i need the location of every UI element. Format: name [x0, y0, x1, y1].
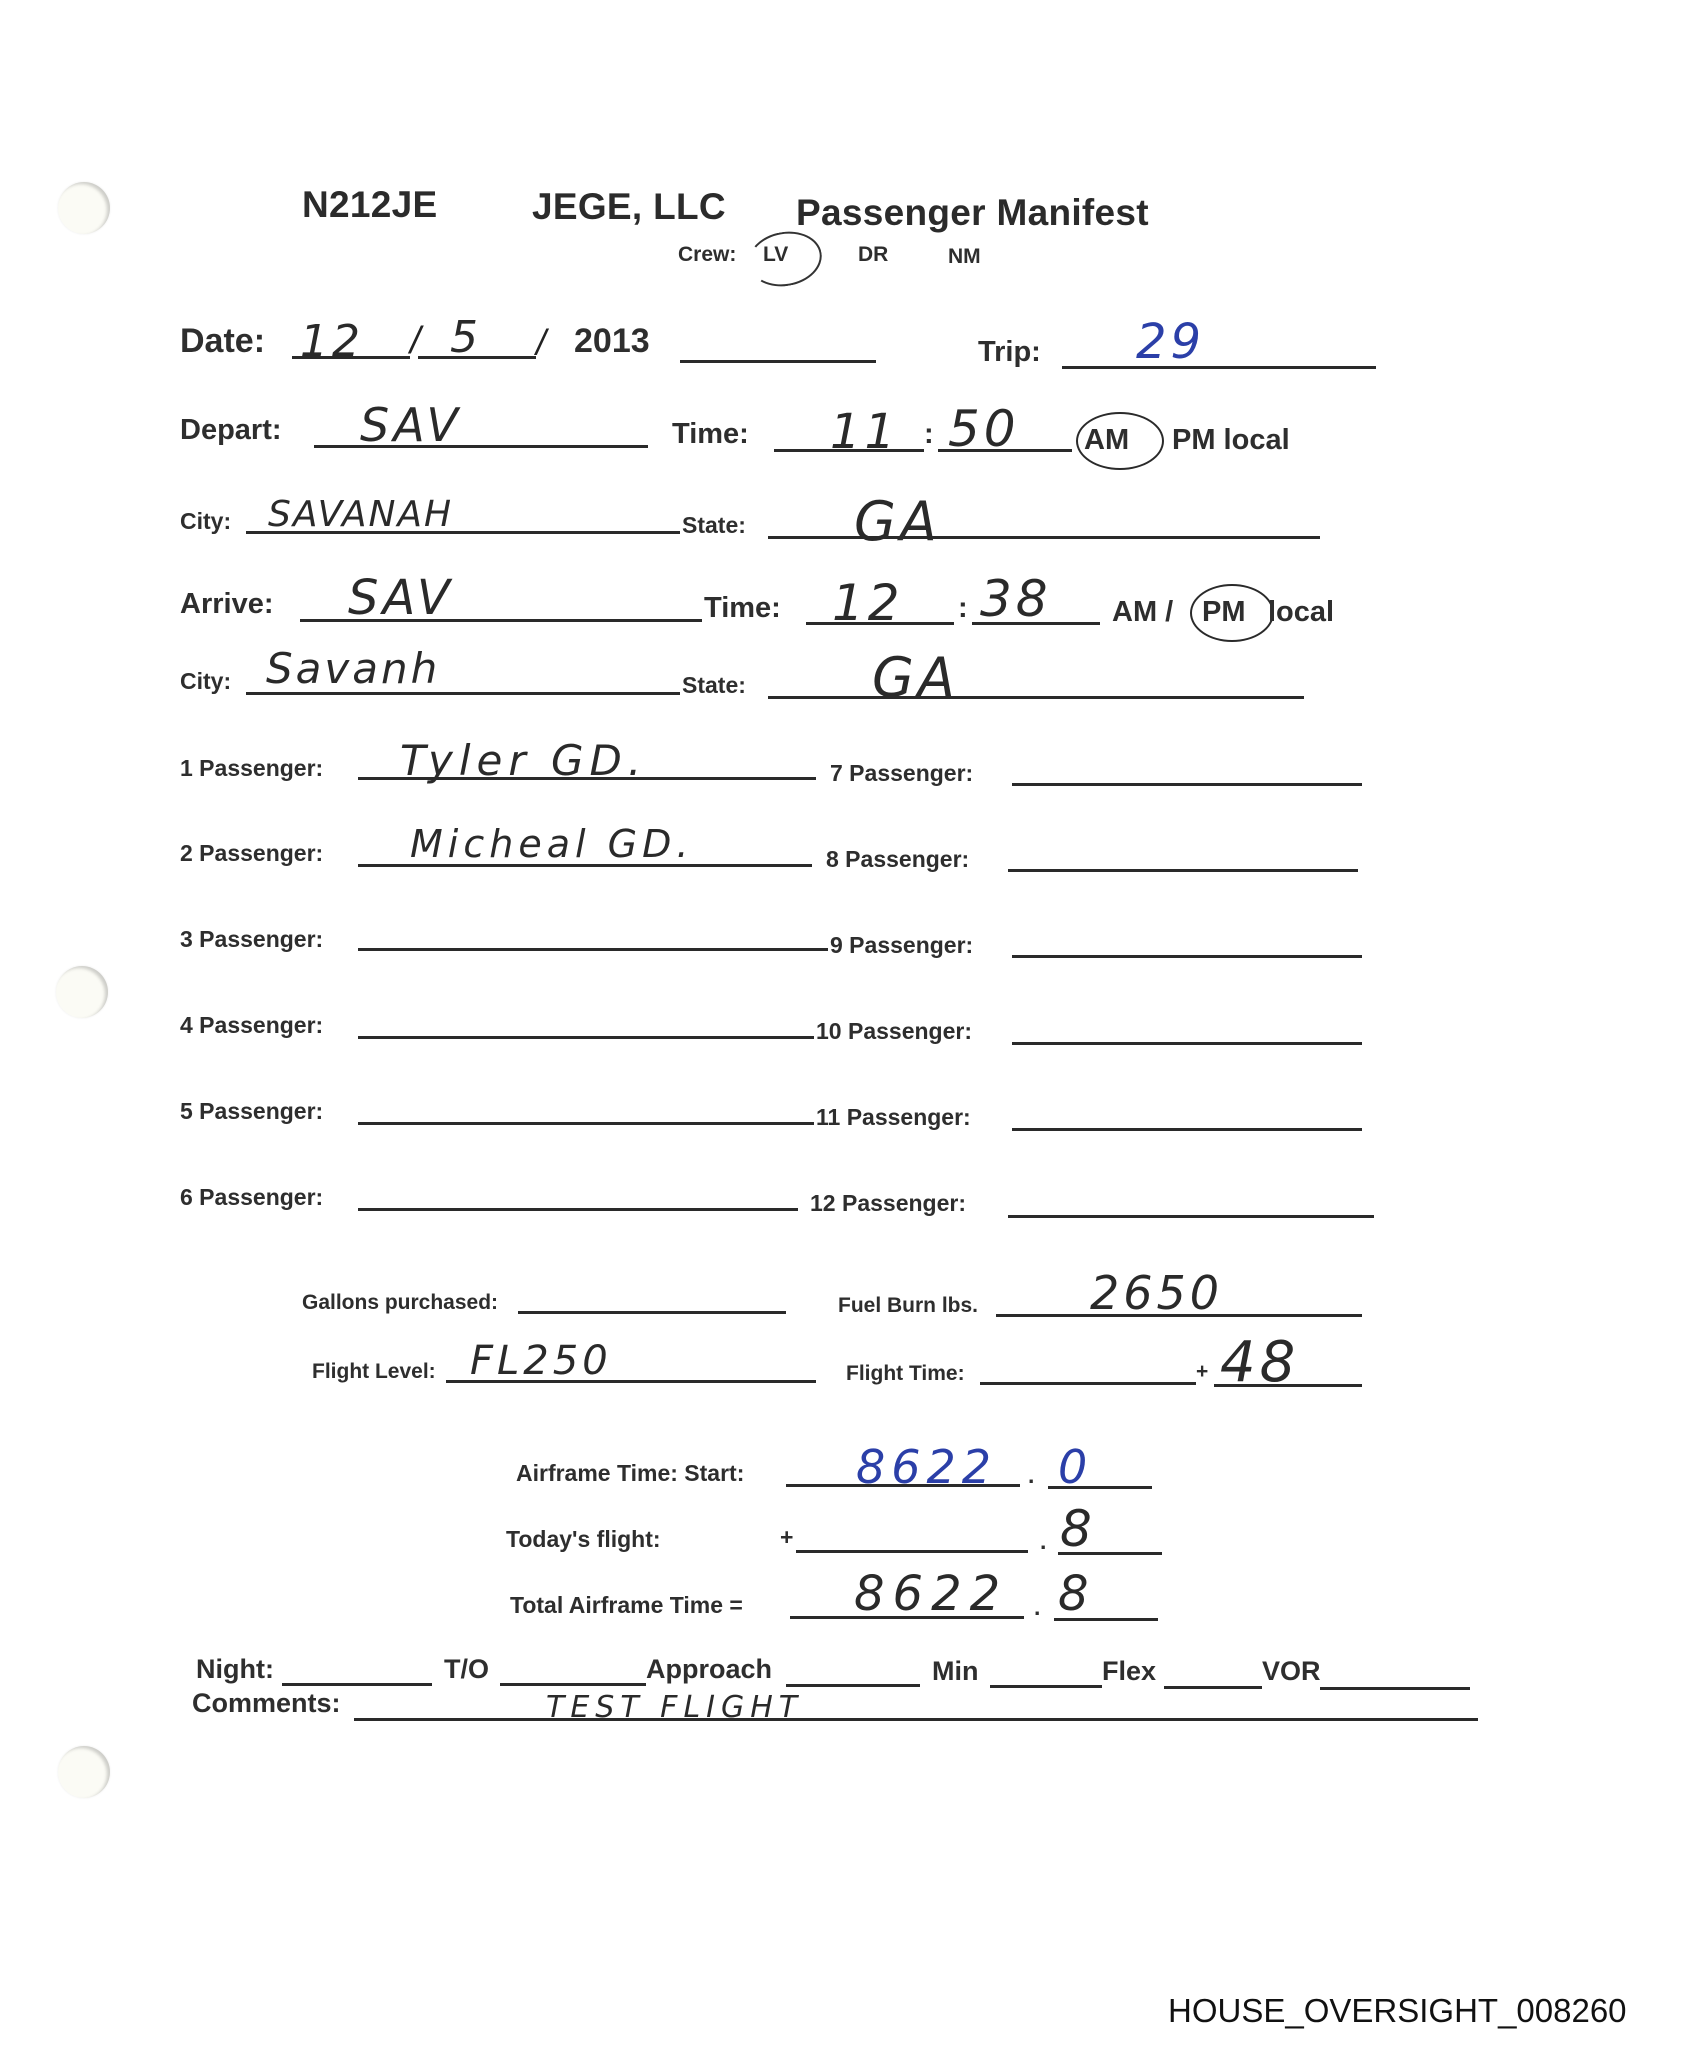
- airframe-start-dot: .: [1028, 1462, 1034, 1489]
- depart-state-field[interactable]: GA: [854, 490, 941, 553]
- comments-field[interactable]: TEST FLIGHT: [546, 1690, 803, 1725]
- passenger-10-label: 10 Passenger:: [816, 1018, 972, 1045]
- passenger-6-label: 6 Passenger:: [180, 1184, 323, 1211]
- arrive-minute-field[interactable]: 38: [980, 570, 1052, 628]
- arrive-time-label: Time:: [704, 592, 781, 625]
- gallons-purchased-label: Gallons purchased:: [302, 1291, 498, 1315]
- night-label: Night:: [196, 1654, 274, 1685]
- company-name: JEGE, LLC: [532, 186, 726, 228]
- passenger-12-label: 12 Passenger:: [810, 1190, 966, 1217]
- min-line[interactable]: [990, 1685, 1102, 1688]
- passenger-7-label: 7 Passenger:: [830, 760, 973, 787]
- airframe-start-tenth-field[interactable]: 0: [1058, 1440, 1091, 1494]
- passenger-3-label: 3 Passenger:: [180, 926, 323, 953]
- date-separator: /: [536, 322, 546, 364]
- arrive-state-line: [768, 696, 1304, 699]
- date-month-field[interactable]: 12: [300, 316, 364, 367]
- passenger-1-label: 1 Passenger:: [180, 755, 323, 782]
- passenger-3-line[interactable]: [358, 948, 828, 951]
- approach-line[interactable]: [786, 1684, 920, 1687]
- approach-label: Approach: [646, 1654, 772, 1685]
- hole-punch-top: [58, 182, 110, 234]
- flex-label: Flex: [1102, 1656, 1156, 1687]
- flight-time-minutes-field[interactable]: 48: [1220, 1330, 1299, 1395]
- date-label: Date:: [180, 322, 265, 361]
- date-day-field[interactable]: 5: [450, 312, 482, 363]
- airframe-start-whole-field[interactable]: 8622: [856, 1440, 997, 1494]
- min-label: Min: [932, 1656, 979, 1687]
- passenger-8-label: 8 Passenger:: [826, 846, 969, 873]
- night-line[interactable]: [282, 1683, 432, 1686]
- passenger-7-line[interactable]: [1012, 783, 1362, 786]
- depart-label: Depart:: [180, 414, 282, 447]
- total-airframe-tenth-field[interactable]: 8: [1058, 1566, 1093, 1622]
- fuel-burn-field[interactable]: 2650: [1090, 1266, 1223, 1320]
- passenger-11-line[interactable]: [1012, 1128, 1362, 1131]
- total-airframe-label: Total Airframe Time =: [510, 1592, 743, 1619]
- passenger-9-line[interactable]: [1012, 955, 1362, 958]
- todays-flight-plus: +: [780, 1524, 793, 1551]
- form-title: Passenger Manifest: [796, 192, 1149, 234]
- passenger-2-field[interactable]: Micheal GD.: [410, 822, 693, 866]
- passenger-5-label: 5 Passenger:: [180, 1098, 323, 1125]
- trip-line: [1062, 366, 1376, 369]
- depart-pm-option[interactable]: PM local: [1172, 424, 1290, 457]
- flight-time-plus: +: [1196, 1360, 1208, 1384]
- passenger-10-line[interactable]: [1012, 1042, 1362, 1045]
- depart-time-colon: :: [924, 418, 934, 451]
- trip-number-field[interactable]: 29: [1136, 314, 1205, 370]
- comments-label: Comments:: [192, 1688, 341, 1719]
- passenger-6-line[interactable]: [358, 1208, 798, 1211]
- flight-time-line[interactable]: [980, 1382, 1196, 1385]
- todays-flight-dot: .: [1040, 1528, 1046, 1555]
- passenger-1-field[interactable]: Tyler GD.: [400, 736, 647, 785]
- flex-line[interactable]: [1164, 1686, 1262, 1689]
- bates-number: HOUSE_OVERSIGHT_008260: [1168, 1992, 1627, 2030]
- depart-city-label: City:: [180, 508, 231, 535]
- fuel-burn-label: Fuel Burn lbs.: [838, 1294, 978, 1318]
- comments-line: [354, 1718, 1478, 1721]
- flight-time-label: Flight Time:: [846, 1362, 965, 1386]
- passenger-4-label: 4 Passenger:: [180, 1012, 323, 1039]
- arrive-am-option[interactable]: AM /: [1112, 596, 1173, 629]
- depart-minute-field[interactable]: 50: [948, 400, 1020, 458]
- arrive-local-label: local: [1268, 596, 1334, 629]
- to-label: T/O: [444, 1654, 489, 1685]
- total-airframe-dot: .: [1034, 1594, 1040, 1621]
- depart-hour-field[interactable]: 11: [830, 404, 899, 460]
- crew-label: Crew:: [678, 243, 736, 267]
- date-year-line: [680, 360, 876, 363]
- depart-city-field[interactable]: SAVANAH: [268, 494, 453, 535]
- arrive-city-field[interactable]: Savanh: [266, 644, 440, 693]
- crew-option-nm[interactable]: NM: [948, 245, 981, 269]
- arrive-pm-circle-mark: [1190, 584, 1274, 642]
- passenger-8-line[interactable]: [1008, 869, 1358, 872]
- passenger-2-label: 2 Passenger:: [180, 840, 323, 867]
- to-line[interactable]: [500, 1683, 646, 1686]
- passenger-5-line[interactable]: [358, 1122, 814, 1125]
- passenger-12-line[interactable]: [1008, 1215, 1374, 1218]
- depart-time-label: Time:: [672, 418, 749, 451]
- crew-lv-circle-mark: [744, 226, 826, 292]
- arrive-state-field[interactable]: GA: [872, 646, 959, 709]
- passenger-11-label: 11 Passenger:: [816, 1104, 971, 1131]
- depart-am-circle-mark: [1076, 412, 1164, 470]
- todays-flight-tenth-field[interactable]: 8: [1060, 1500, 1096, 1558]
- vor-label: VOR: [1262, 1656, 1321, 1687]
- hole-punch-bottom: [58, 1746, 110, 1798]
- todays-flight-whole-line[interactable]: [796, 1550, 1028, 1553]
- total-airframe-whole-field[interactable]: 8622: [854, 1566, 1008, 1622]
- airframe-start-label: Airframe Time: Start:: [516, 1460, 744, 1487]
- arrive-city-label: City:: [180, 668, 231, 695]
- depart-state-label: State:: [682, 512, 746, 539]
- trip-label: Trip:: [978, 336, 1041, 369]
- hole-punch-middle: [56, 966, 108, 1018]
- gallons-purchased-line[interactable]: [518, 1311, 786, 1314]
- tail-number: N212JE: [302, 184, 438, 226]
- vor-line[interactable]: [1320, 1687, 1470, 1690]
- flight-level-field[interactable]: FL250: [470, 1338, 612, 1384]
- arrive-airport-field[interactable]: SAV: [348, 570, 454, 626]
- passenger-9-label: 9 Passenger:: [830, 932, 973, 959]
- arrive-time-colon: :: [958, 592, 968, 625]
- passenger-4-line[interactable]: [358, 1036, 814, 1039]
- flight-level-label: Flight Level:: [312, 1360, 436, 1384]
- depart-airport-field[interactable]: SAV: [360, 398, 462, 452]
- depart-state-line: [768, 536, 1320, 539]
- todays-flight-label: Today's flight:: [506, 1526, 661, 1553]
- date-year: 2013: [574, 322, 650, 361]
- arrive-label: Arrive:: [180, 588, 274, 621]
- arrive-state-label: State:: [682, 672, 746, 699]
- arrive-hour-field[interactable]: 12: [832, 574, 904, 632]
- crew-option-dr[interactable]: DR: [858, 243, 888, 267]
